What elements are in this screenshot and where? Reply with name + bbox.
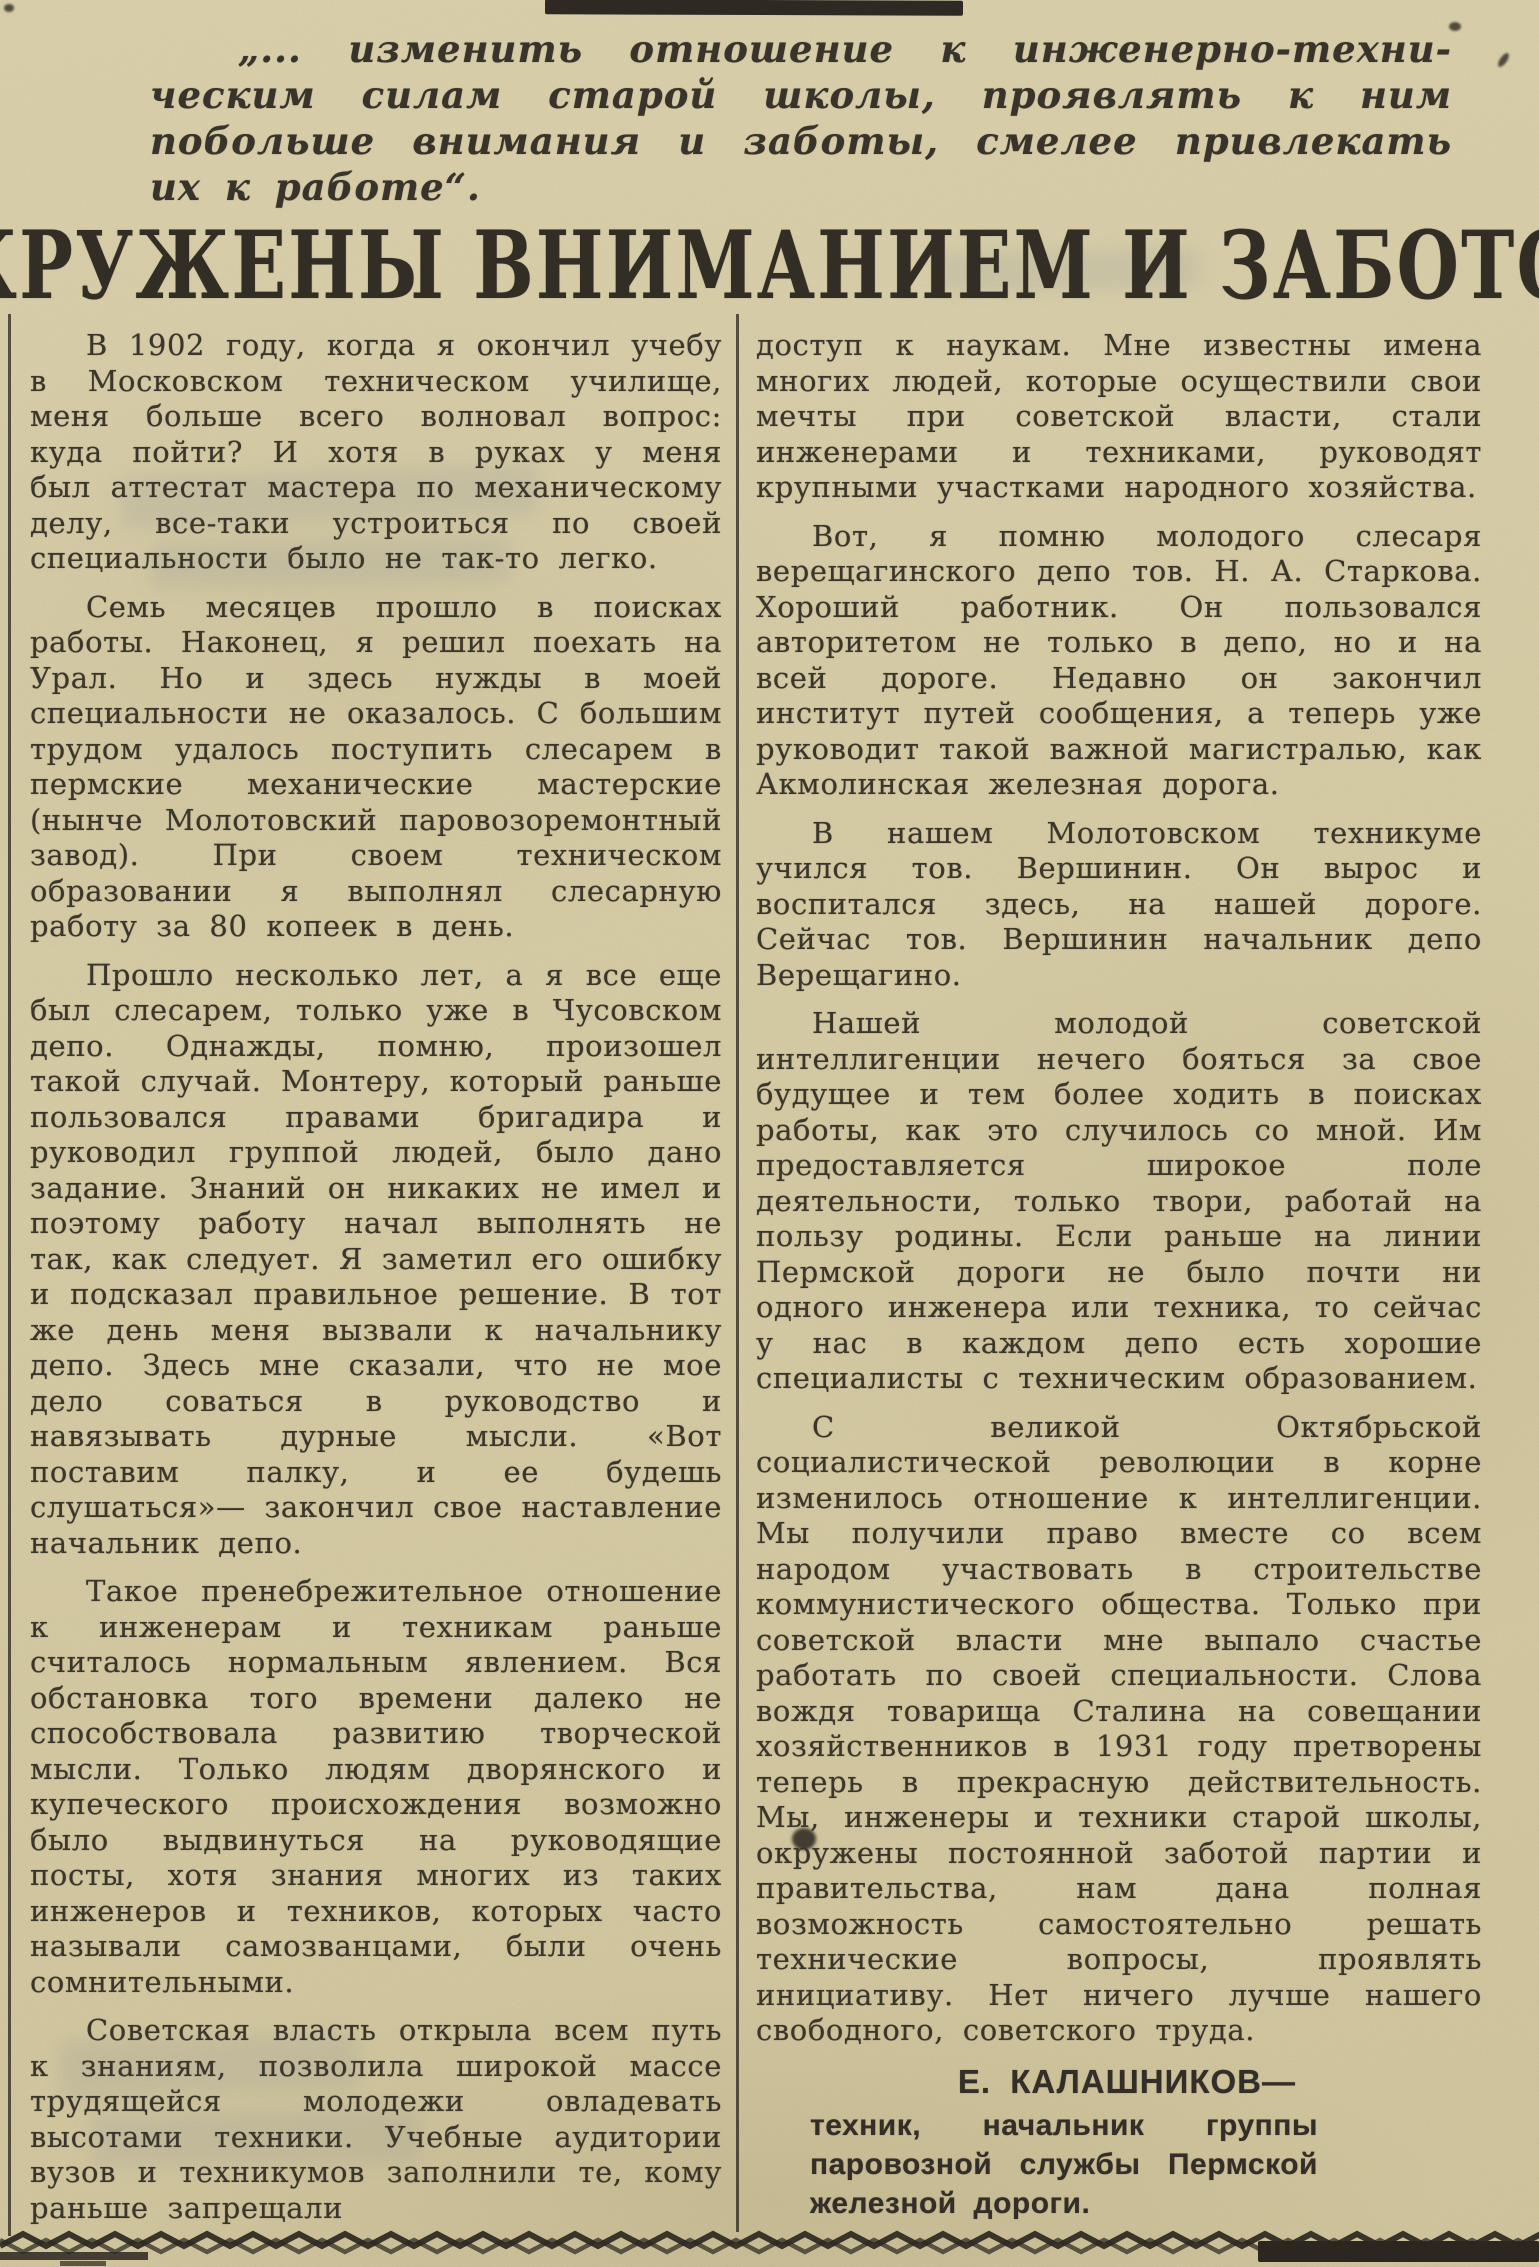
- cropped-previous-headline-bar: [545, 0, 963, 16]
- paragraph: В нашем Молотовском техникуме учился тов…: [756, 816, 1482, 994]
- paragraph: В 1902 году, когда я окончил учебу в Мос…: [30, 328, 722, 577]
- article-headline: ОКРУЖЕНЫ ВНИМАНИЕМ И ЗАБОТОЙ: [0, 218, 1539, 314]
- scan-speck: [1496, 51, 1511, 68]
- author-byline: техник, начальник группы паровозной служ…: [810, 2106, 1318, 2223]
- epigraph-line: их к работе“.: [150, 164, 1452, 210]
- epigraph-quote: „... изменить отношение к инженерно-техн…: [150, 26, 1452, 210]
- paragraph: Семь месяцев прошло в поисках работы. На…: [30, 590, 722, 945]
- paragraph: Советская власть открыла всем путь к зна…: [30, 2013, 722, 2226]
- column-divider-rule: [736, 314, 739, 2232]
- left-margin-rule: [8, 314, 11, 2236]
- newspaper-clipping-page: „... изменить отношение к инженерно-техн…: [0, 0, 1539, 2267]
- epigraph-line: ческим силам старой школы, проявлять к н…: [150, 72, 1452, 118]
- epigraph-line: „... изменить отношение к инженерно-техн…: [150, 26, 1452, 72]
- paragraph: Такое пренебрежительное отношение к инже…: [30, 1574, 722, 2000]
- scan-speck: [4, 4, 14, 12]
- left-column: В 1902 году, когда я окончил учебу в Мос…: [30, 328, 722, 2239]
- right-column: доступ к наукам. Мне известны имена мног…: [756, 328, 1482, 2223]
- bottom-zigzag-border: [0, 2228, 1539, 2267]
- paragraph: С великой Октябрьской социалистической р…: [756, 1410, 1482, 2049]
- epigraph-line: побольше внимания и заботы, смелее привл…: [150, 118, 1452, 164]
- author-signature: Е. КАЛАШНИКОВ—: [756, 2062, 1482, 2102]
- paragraph: Вот, я помню молодого слесаря верещагинс…: [756, 519, 1482, 803]
- headline-row: ОКРУЖЕНЫ ВНИМАНИЕМ И ЗАБОТОЙ: [0, 218, 1539, 314]
- paragraph: доступ к наукам. Мне известны имена мног…: [756, 328, 1482, 506]
- paragraph: Нашей молодой советской интеллигенции не…: [756, 1006, 1482, 1397]
- paragraph: Прошло несколько лет, а я все еще был сл…: [30, 958, 722, 1562]
